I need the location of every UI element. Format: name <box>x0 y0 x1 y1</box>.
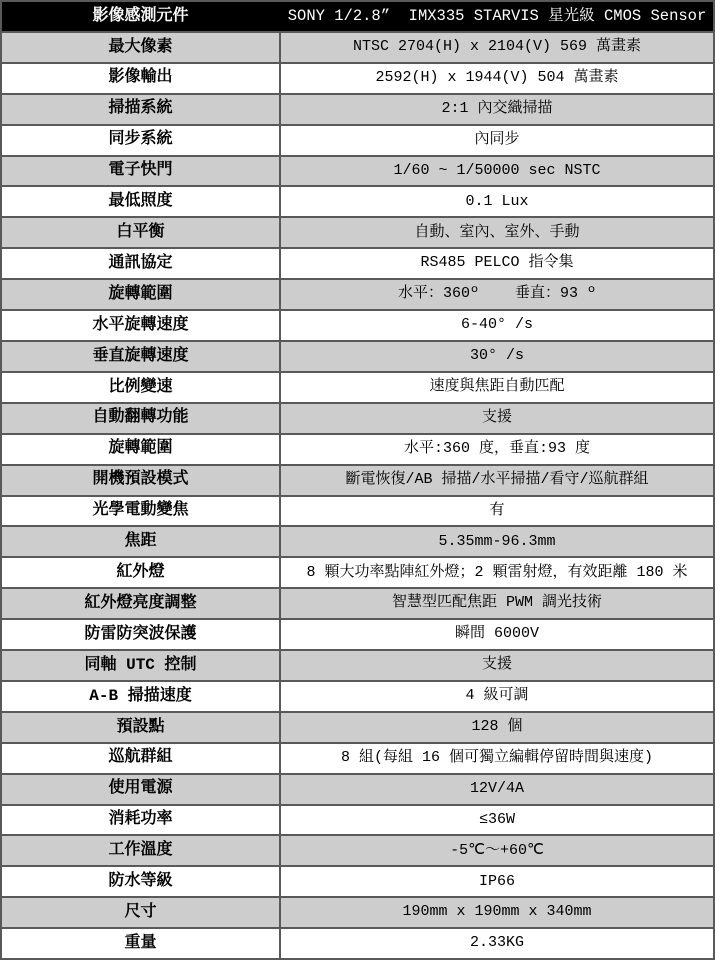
spec-label-cell: 開機預設模式 <box>2 466 281 495</box>
spec-value-cell: ≤36W <box>281 806 713 835</box>
spec-value-cell: 支援 <box>281 651 713 680</box>
table-row: A-B 掃描速度 4 級可調 <box>2 680 713 711</box>
table-row: 自動翻轉功能 支援 <box>2 402 713 433</box>
table-row: 紅外燈 8 顆大功率點陣紅外燈；2 顆雷射燈，有效距離 180 米 <box>2 556 713 587</box>
table-row: 重量 2.33KG <box>2 927 713 958</box>
spec-label-cell: 比例變速 <box>2 373 281 402</box>
spec-value-cell: 自動、室內、室外、手動 <box>281 218 713 247</box>
spec-label-cell: 消耗功率 <box>2 806 281 835</box>
spec-label-cell: 紅外燈 <box>2 558 281 587</box>
spec-value-cell: IP66 <box>281 867 713 896</box>
table-row: 預設點 128 個 <box>2 711 713 742</box>
table-row: 垂直旋轉速度 30° /s <box>2 340 713 371</box>
spec-label-cell: 旋轉範圍 <box>2 280 281 309</box>
table-row: 影像輸出 2592(H) x 1944(V) 504 萬畫素 <box>2 62 713 93</box>
spec-value-cell: 30° /s <box>281 342 713 371</box>
table-row: 紅外燈亮度調整 智慧型匹配焦距 PWM 調光技術 <box>2 587 713 618</box>
spec-label-cell: 使用電源 <box>2 775 281 804</box>
spec-label-cell: 焦距 <box>2 527 281 556</box>
table-row: 掃描系統 2:1 內交織掃描 <box>2 93 713 124</box>
table-row: 同軸 UTC 控制 支援 <box>2 649 713 680</box>
spec-label-cell: 旋轉範圍 <box>2 435 281 464</box>
spec-label-cell: 電子快門 <box>2 157 281 186</box>
spec-label-cell: 巡航群組 <box>2 744 281 773</box>
spec-value-cell: 水平:360 度，垂直:93 度 <box>281 435 713 464</box>
spec-label-cell: 白平衡 <box>2 218 281 247</box>
spec-value-cell: 0.1 Lux <box>281 187 713 216</box>
spec-value-cell: 4 級可調 <box>281 682 713 711</box>
spec-value-cell: -5℃～+60℃ <box>281 836 713 865</box>
table-row: 比例變速 速度與焦距自動匹配 <box>2 371 713 402</box>
table-row: 工作溫度 -5℃～+60℃ <box>2 834 713 865</box>
table-row: 最低照度 0.1 Lux <box>2 185 713 216</box>
table-row: 光學電動變焦 有 <box>2 495 713 526</box>
spec-label-cell: 尺寸 <box>2 898 281 927</box>
spec-value-cell: 2:1 內交織掃描 <box>281 95 713 124</box>
header-value-cell: SONY 1/2.8” IMX335 STARVIS 星光級 CMOS Sens… <box>281 2 713 31</box>
spec-value-cell: 5.35mm-96.3mm <box>281 527 713 556</box>
spec-value-cell: 2.33KG <box>281 929 713 958</box>
spec-value-cell: 2592(H) x 1944(V) 504 萬畫素 <box>281 64 713 93</box>
table-header-row: 影像感測元件 SONY 1/2.8” IMX335 STARVIS 星光級 CM… <box>2 2 713 31</box>
spec-value-cell: 智慧型匹配焦距 PWM 調光技術 <box>281 589 713 618</box>
table-row: 電子快門 1/60 ~ 1/50000 sec NSTC <box>2 155 713 186</box>
spec-value-cell: 斷電恢復/AB 掃描/水平掃描/看守/巡航群組 <box>281 466 713 495</box>
spec-label-cell: 預設點 <box>2 713 281 742</box>
table-row: 白平衡 自動、室內、室外、手動 <box>2 216 713 247</box>
spec-table: 影像感測元件 SONY 1/2.8” IMX335 STARVIS 星光級 CM… <box>0 0 715 960</box>
spec-value-cell: 速度與焦距自動匹配 <box>281 373 713 402</box>
spec-value-cell: NTSC 2704(H) x 2104(V) 569 萬畫素 <box>281 33 713 62</box>
header-label-cell: 影像感測元件 <box>2 2 281 31</box>
spec-label-cell: 紅外燈亮度調整 <box>2 589 281 618</box>
spec-label-cell: 光學電動變焦 <box>2 497 281 526</box>
table-row: 通訊協定 RS485 PELCO 指令集 <box>2 247 713 278</box>
spec-label-cell: 防雷防突波保護 <box>2 620 281 649</box>
table-row: 巡航群組 8 組(每組 16 個可獨立編輯停留時間與速度) <box>2 742 713 773</box>
table-row: 使用電源 12V/4A <box>2 773 713 804</box>
table-row: 最大像素 NTSC 2704(H) x 2104(V) 569 萬畫素 <box>2 31 713 62</box>
spec-label-cell: 自動翻轉功能 <box>2 404 281 433</box>
spec-label-cell: 重量 <box>2 929 281 958</box>
table-row: 水平旋轉速度 6-40° /s <box>2 309 713 340</box>
spec-label-cell: 最低照度 <box>2 187 281 216</box>
spec-value-cell: 12V/4A <box>281 775 713 804</box>
spec-value-cell: 有 <box>281 497 713 526</box>
spec-value-cell: RS485 PELCO 指令集 <box>281 249 713 278</box>
table-row: 旋轉範圍 水平：360º 垂直：93 º <box>2 278 713 309</box>
spec-value-cell: 支援 <box>281 404 713 433</box>
spec-value-cell: 內同步 <box>281 126 713 155</box>
spec-value-cell: 水平：360º 垂直：93 º <box>281 280 713 309</box>
table-row: 同步系統 內同步 <box>2 124 713 155</box>
spec-value-cell: 128 個 <box>281 713 713 742</box>
spec-value-cell: 1/60 ~ 1/50000 sec NSTC <box>281 157 713 186</box>
spec-value-cell: 6-40° /s <box>281 311 713 340</box>
spec-value-cell: 190mm x 190mm x 340mm <box>281 898 713 927</box>
spec-label-cell: 最大像素 <box>2 33 281 62</box>
table-row: 防水等級 IP66 <box>2 865 713 896</box>
table-row: 焦距 5.35mm-96.3mm <box>2 525 713 556</box>
spec-label-cell: 水平旋轉速度 <box>2 311 281 340</box>
spec-value-cell: 瞬間 6000V <box>281 620 713 649</box>
spec-label-cell: 掃描系統 <box>2 95 281 124</box>
table-row: 消耗功率 ≤36W <box>2 804 713 835</box>
spec-label-cell: 工作溫度 <box>2 836 281 865</box>
spec-label-cell: A-B 掃描速度 <box>2 682 281 711</box>
spec-label-cell: 同軸 UTC 控制 <box>2 651 281 680</box>
table-row: 尺寸 190mm x 190mm x 340mm <box>2 896 713 927</box>
table-row: 防雷防突波保護 瞬間 6000V <box>2 618 713 649</box>
spec-label-cell: 垂直旋轉速度 <box>2 342 281 371</box>
spec-label-cell: 通訊協定 <box>2 249 281 278</box>
table-row: 開機預設模式 斷電恢復/AB 掃描/水平掃描/看守/巡航群組 <box>2 464 713 495</box>
spec-label-cell: 影像輸出 <box>2 64 281 93</box>
spec-label-cell: 同步系統 <box>2 126 281 155</box>
spec-value-cell: 8 組(每組 16 個可獨立編輯停留時間與速度) <box>281 744 713 773</box>
spec-value-cell: 8 顆大功率點陣紅外燈；2 顆雷射燈，有效距離 180 米 <box>281 558 713 587</box>
table-row: 旋轉範圍 水平:360 度，垂直:93 度 <box>2 433 713 464</box>
spec-label-cell: 防水等級 <box>2 867 281 896</box>
